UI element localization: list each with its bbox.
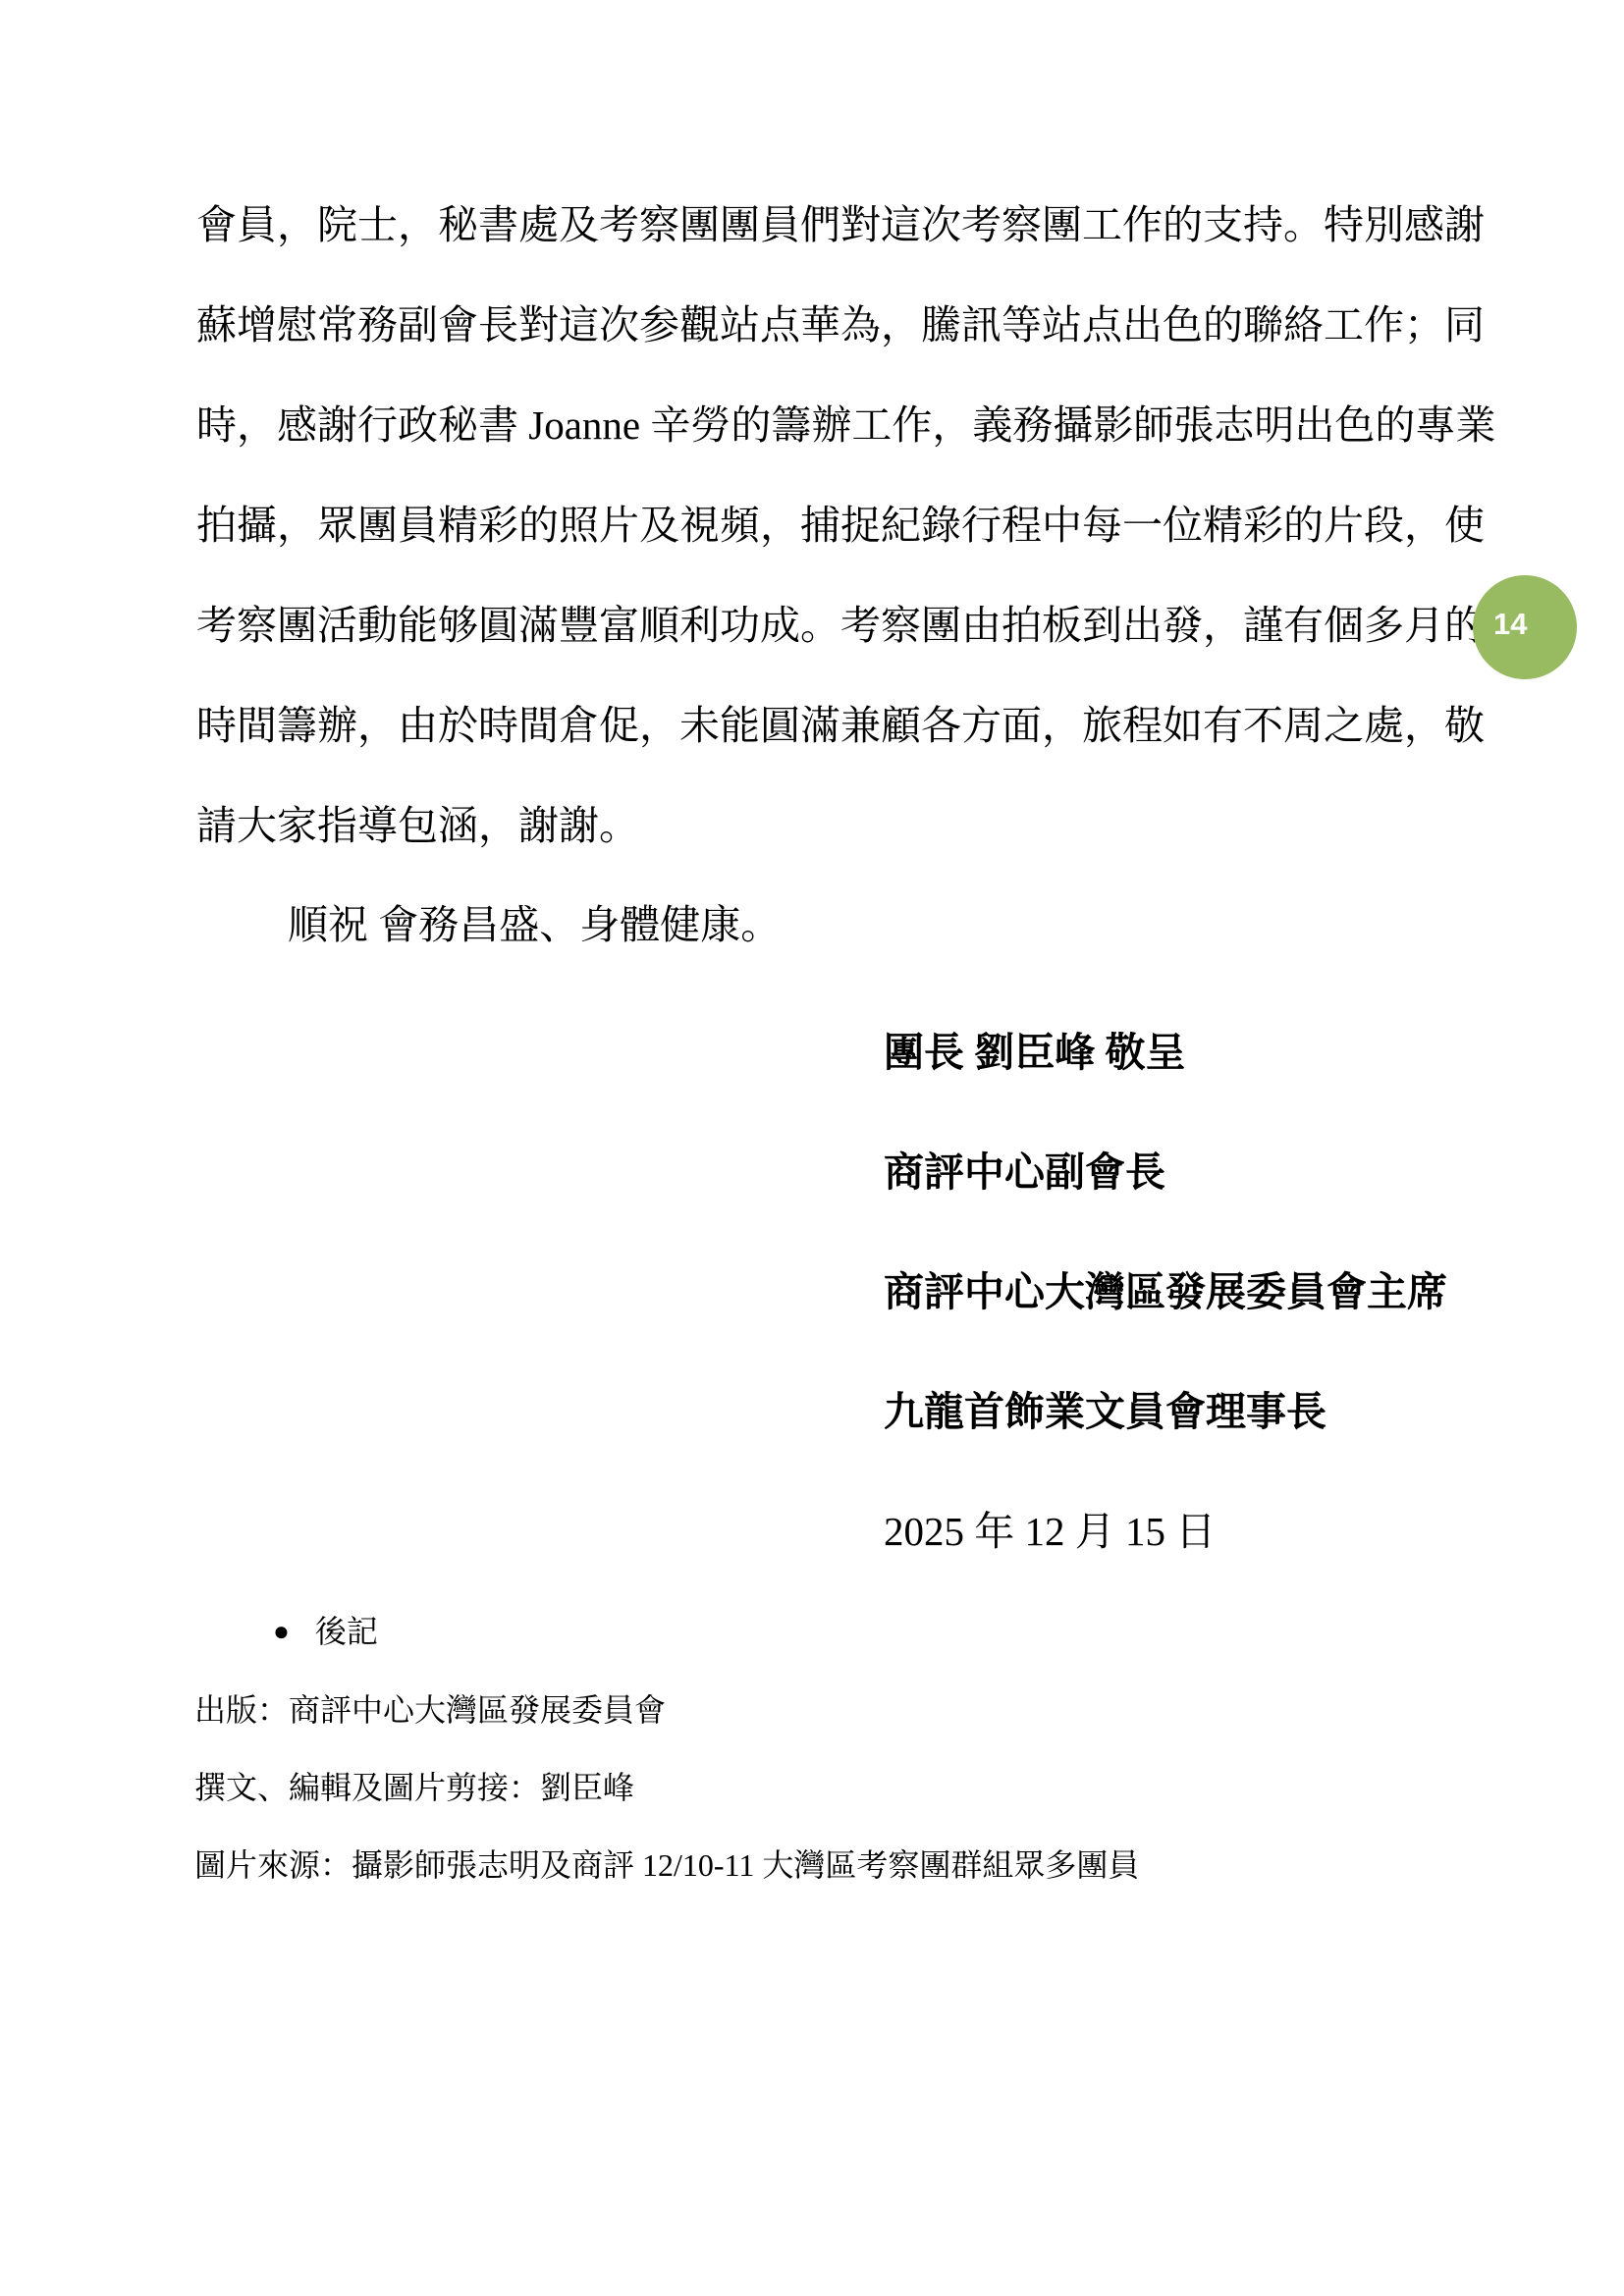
signature-date-line: 2025 年 12 月 15 日 [884,1471,1447,1591]
body-line: 蘇增慰常務副會長對這次参觀站点華為，騰訊等站点出色的聯絡工作；同 [196,275,1435,375]
document-page: 會員，院士，秘書處及考察團團員們對這次考察團工作的支持。特別感謝 蘇增慰常務副會… [0,0,1624,2296]
signature-block: 團長 劉臣峰 敬呈 商評中心副會長 商評中心大灣區發展委員會主席 九龍首飾業文員… [884,992,1447,1591]
body-line: 考察團活動能够圓滿豐富順利功成。考察團由拍板到出發，謹有個多月的 [196,575,1435,675]
signature-title-line: 九龍首飾業文員會理事長 [884,1352,1447,1471]
body-line: 會員，院士，秘書處及考察團團員們對這次考察團工作的支持。特別感謝 [196,175,1435,275]
body-line: 時間籌辦，由於時間倉促，未能圓滿兼顧各方面，旅程如有不周之處，敬 [196,675,1435,775]
signature-title-line: 商評中心副會長 [884,1112,1447,1232]
body-line: 請大家指導包涵，謝謝。 [196,775,1435,876]
body-line: 拍攝，眾團員精彩的照片及視頻，捕捉紀錄行程中每一位精彩的片段，使 [196,475,1435,575]
bullet-icon: ● [273,1617,290,1647]
footer-photo-source-line: 圖片來源：攝影師張志明及商評 12/10-11 大灣區考察團群組眾多團員 [194,1845,1139,1887]
body-line: 時，感謝行政秘書 Joanne 辛勞的籌辦工作，義務攝影師張志明出色的專業 [196,375,1435,475]
page-number-badge: 14 [1473,575,1577,679]
footer-heading-line: ●後記 [273,1612,378,1653]
body-paragraph: 會員，院士，秘書處及考察團團員們對這次考察團工作的支持。特別感謝 蘇增慰常務副會… [196,175,1435,876]
footer-heading: 後記 [315,1614,378,1649]
signature-title-line: 商評中心大灣區發展委員會主席 [884,1232,1447,1352]
signature-name-line: 團長 劉臣峰 敬呈 [884,992,1447,1112]
footer-publisher-line: 出版：商評中心大灣區發展委員會 [194,1690,666,1732]
page-number: 14 [1493,607,1527,642]
closing-wish: 順祝 會務昌盛、身體健康。 [288,901,781,949]
footer-editor-line: 撰文、編輯及圖片剪接：劉臣峰 [194,1768,634,1809]
